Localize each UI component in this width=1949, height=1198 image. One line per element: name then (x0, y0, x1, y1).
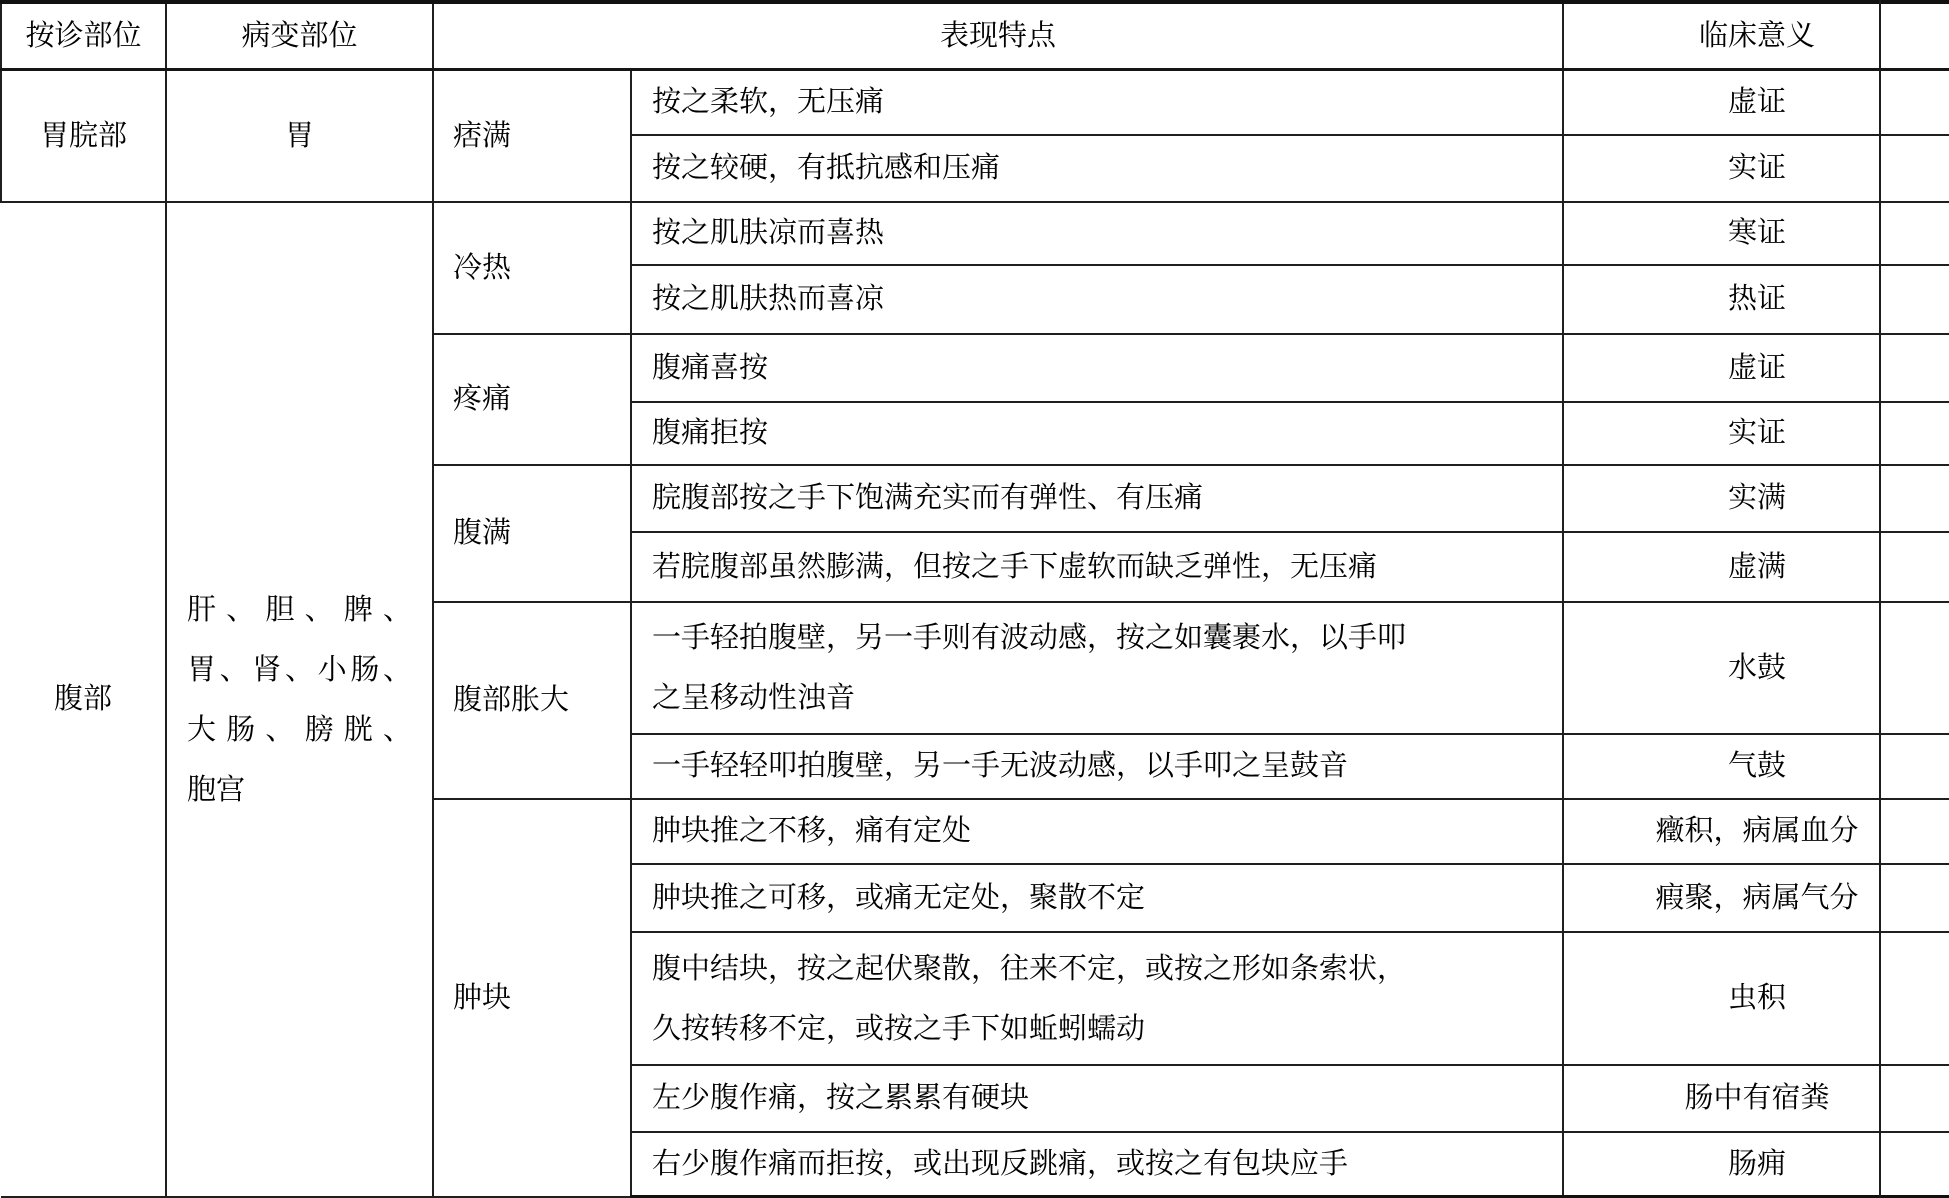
meaning-cell: 寒证 (1563, 202, 1949, 265)
feature-cell: 按之肌肤热而喜凉 (631, 265, 1563, 334)
meaning-cell: 肠中有宿粪 (1563, 1065, 1949, 1132)
feature-cell: 肿块推之不移，痛有定处 (631, 799, 1563, 864)
feature-line: 一手轻拍腹壁，另一手则有波动感，按之如囊裹水，以手叩 (652, 608, 1544, 668)
table-row: 胃脘部 胃 痞满 按之柔软，无压痛 虚证 (1, 69, 1949, 135)
sign-cell: 肿块 (433, 799, 631, 1197)
table-row: 腹部 肝、胆、脾、 胃、肾、小肠、 大肠、膀胱、 胞宫 冷热 按之肌肤凉而喜热 … (1, 202, 1949, 265)
header-features: 表现特点 (433, 2, 1563, 69)
feature-line: 腹中结块，按之起伏聚散，往来不定，或按之形如条索状， (652, 939, 1544, 999)
feature-line: 之呈移动性浊音 (652, 668, 1544, 728)
feature-cell: 右少腹作痛而拒按，或出现反跳痛，或按之有包块应手 (631, 1132, 1563, 1197)
sign-cell: 腹满 (433, 465, 631, 602)
scanned-table-page: 按诊部位 病变部位 表现特点 临床意义 胃脘部 胃 痞满 按之柔软，无压痛 虚证… (0, 0, 1949, 1198)
meaning-cell: 虫积 (1563, 932, 1949, 1065)
region-cell: 腹部 (1, 202, 166, 1197)
diagnosis-table: 按诊部位 病变部位 表现特点 临床意义 胃脘部 胃 痞满 按之柔软，无压痛 虚证… (0, 0, 1949, 1198)
feature-cell: 一手轻轻叩拍腹壁，另一手无波动感，以手叩之呈鼓音 (631, 734, 1563, 799)
feature-cell: 脘腹部按之手下饱满充实而有弹性、有压痛 (631, 465, 1563, 532)
meaning-cell: 实满 (1563, 465, 1949, 532)
header-clinical-meaning: 临床意义 (1563, 2, 1949, 69)
sign-cell: 疼痛 (433, 334, 631, 465)
feature-line: 久按转移不定，或按之手下如蚯蚓蠕动 (652, 999, 1544, 1059)
feature-cell: 按之肌肤凉而喜热 (631, 202, 1563, 265)
feature-cell: 按之柔软，无压痛 (631, 69, 1563, 135)
meaning-cell: 虚满 (1563, 532, 1949, 602)
meaning-cell: 实证 (1563, 402, 1949, 465)
feature-cell: 腹痛拒按 (631, 402, 1563, 465)
meaning-cell: 气鼓 (1563, 734, 1949, 799)
meaning-cell: 实证 (1563, 135, 1949, 202)
meaning-cell: 虚证 (1563, 334, 1949, 402)
meaning-cell: 水鼓 (1563, 602, 1949, 734)
feature-cell: 若脘腹部虽然膨满，但按之手下虚软而缺乏弹性，无压痛 (631, 532, 1563, 602)
sign-cell: 痞满 (433, 69, 631, 202)
meaning-cell: 癥积，病属血分 (1563, 799, 1949, 864)
feature-cell: 左少腹作痛，按之累累有硬块 (631, 1065, 1563, 1132)
feature-cell: 一手轻拍腹壁，另一手则有波动感，按之如囊裹水，以手叩 之呈移动性浊音 (631, 602, 1563, 734)
table-right-edge-line (1879, 0, 1881, 1198)
feature-cell: 腹中结块，按之起伏聚散，往来不定，或按之形如条索状， 久按转移不定，或按之手下如… (631, 932, 1563, 1065)
feature-cell: 肿块推之可移，或痛无定处，聚散不定 (631, 864, 1563, 932)
table-header-row: 按诊部位 病变部位 表现特点 临床意义 (1, 2, 1949, 69)
feature-cell: 腹痛喜按 (631, 334, 1563, 402)
header-palpation-site: 按诊部位 (1, 2, 166, 69)
lesion-cell: 肝、胆、脾、 胃、肾、小肠、 大肠、膀胱、 胞宫 (166, 202, 433, 1197)
meaning-cell: 瘕聚，病属气分 (1563, 864, 1949, 932)
lesion-line: 胞宫 (187, 760, 412, 820)
lesion-line: 大肠、膀胱、 (187, 700, 412, 760)
region-cell: 胃脘部 (1, 69, 166, 202)
header-lesion-site: 病变部位 (166, 2, 433, 69)
feature-cell: 按之较硬，有抵抗感和压痛 (631, 135, 1563, 202)
meaning-cell: 热证 (1563, 265, 1949, 334)
sign-cell: 腹部胀大 (433, 602, 631, 799)
lesion-line: 胃、肾、小肠、 (187, 640, 412, 700)
meaning-cell: 虚证 (1563, 69, 1949, 135)
lesion-line: 肝、胆、脾、 (187, 580, 412, 640)
meaning-cell: 肠痈 (1563, 1132, 1949, 1197)
lesion-cell: 胃 (166, 69, 433, 202)
sign-cell: 冷热 (433, 202, 631, 334)
